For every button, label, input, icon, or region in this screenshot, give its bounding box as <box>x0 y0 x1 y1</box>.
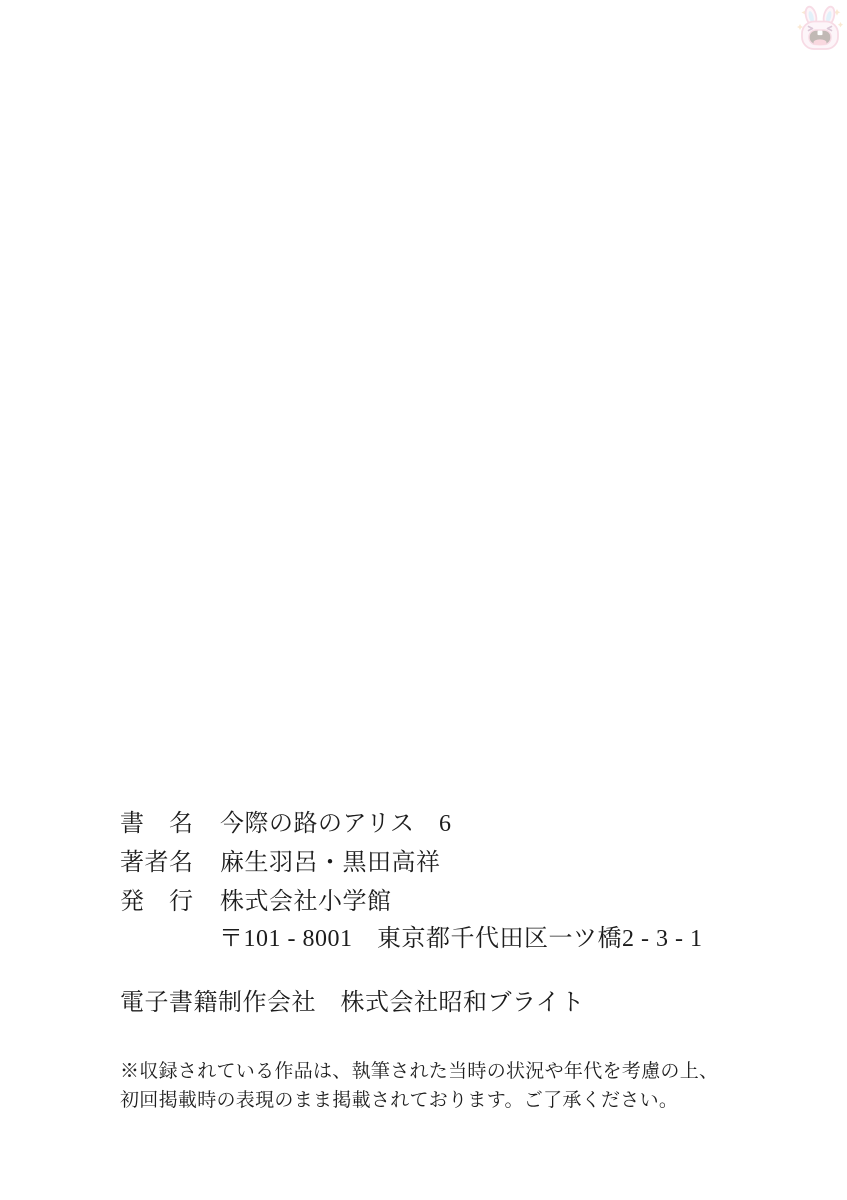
author-value: 麻生羽呂・黒田高祥 <box>220 850 441 876</box>
publisher-label: 発 行 <box>120 889 220 915</box>
book-title-value: 今際の路のアリス 6 <box>220 811 452 837</box>
book-title-label: 書 名 <box>120 811 220 837</box>
author-label: 著者名 <box>120 850 220 876</box>
book-title-row: 書 名 今際の路のアリス 6 <box>120 811 452 837</box>
publisher-address: 〒101 - 8001 東京都千代田区一ツ橋2 - 3 - 1 <box>219 926 702 952</box>
content-notice-line-1: ※収録されている作品は、執筆された当時の状況や年代を考慮の上、 <box>120 1062 718 1083</box>
colophon-page: 書 名 今際の路のアリス 6 著者名 麻生羽呂・黒田高祥 発 行 株式会社小学館… <box>0 0 847 1200</box>
publisher-row: 発 行 株式会社小学館 <box>120 889 392 915</box>
ebook-production-line: 電子書籍制作会社 株式会社昭和ブライト <box>120 990 585 1016</box>
publisher-value: 株式会社小学館 <box>220 889 392 915</box>
rabbit-tooth <box>818 31 823 35</box>
author-row: 著者名 麻生羽呂・黒田高祥 <box>120 850 441 876</box>
content-notice-line-2: 初回掲載時の表現のまま掲載されております。ご了承ください。 <box>120 1091 678 1112</box>
rabbit-mascot-icon <box>797 5 843 51</box>
rabbit-tongue <box>814 39 827 45</box>
sparkle-icon <box>838 22 843 27</box>
